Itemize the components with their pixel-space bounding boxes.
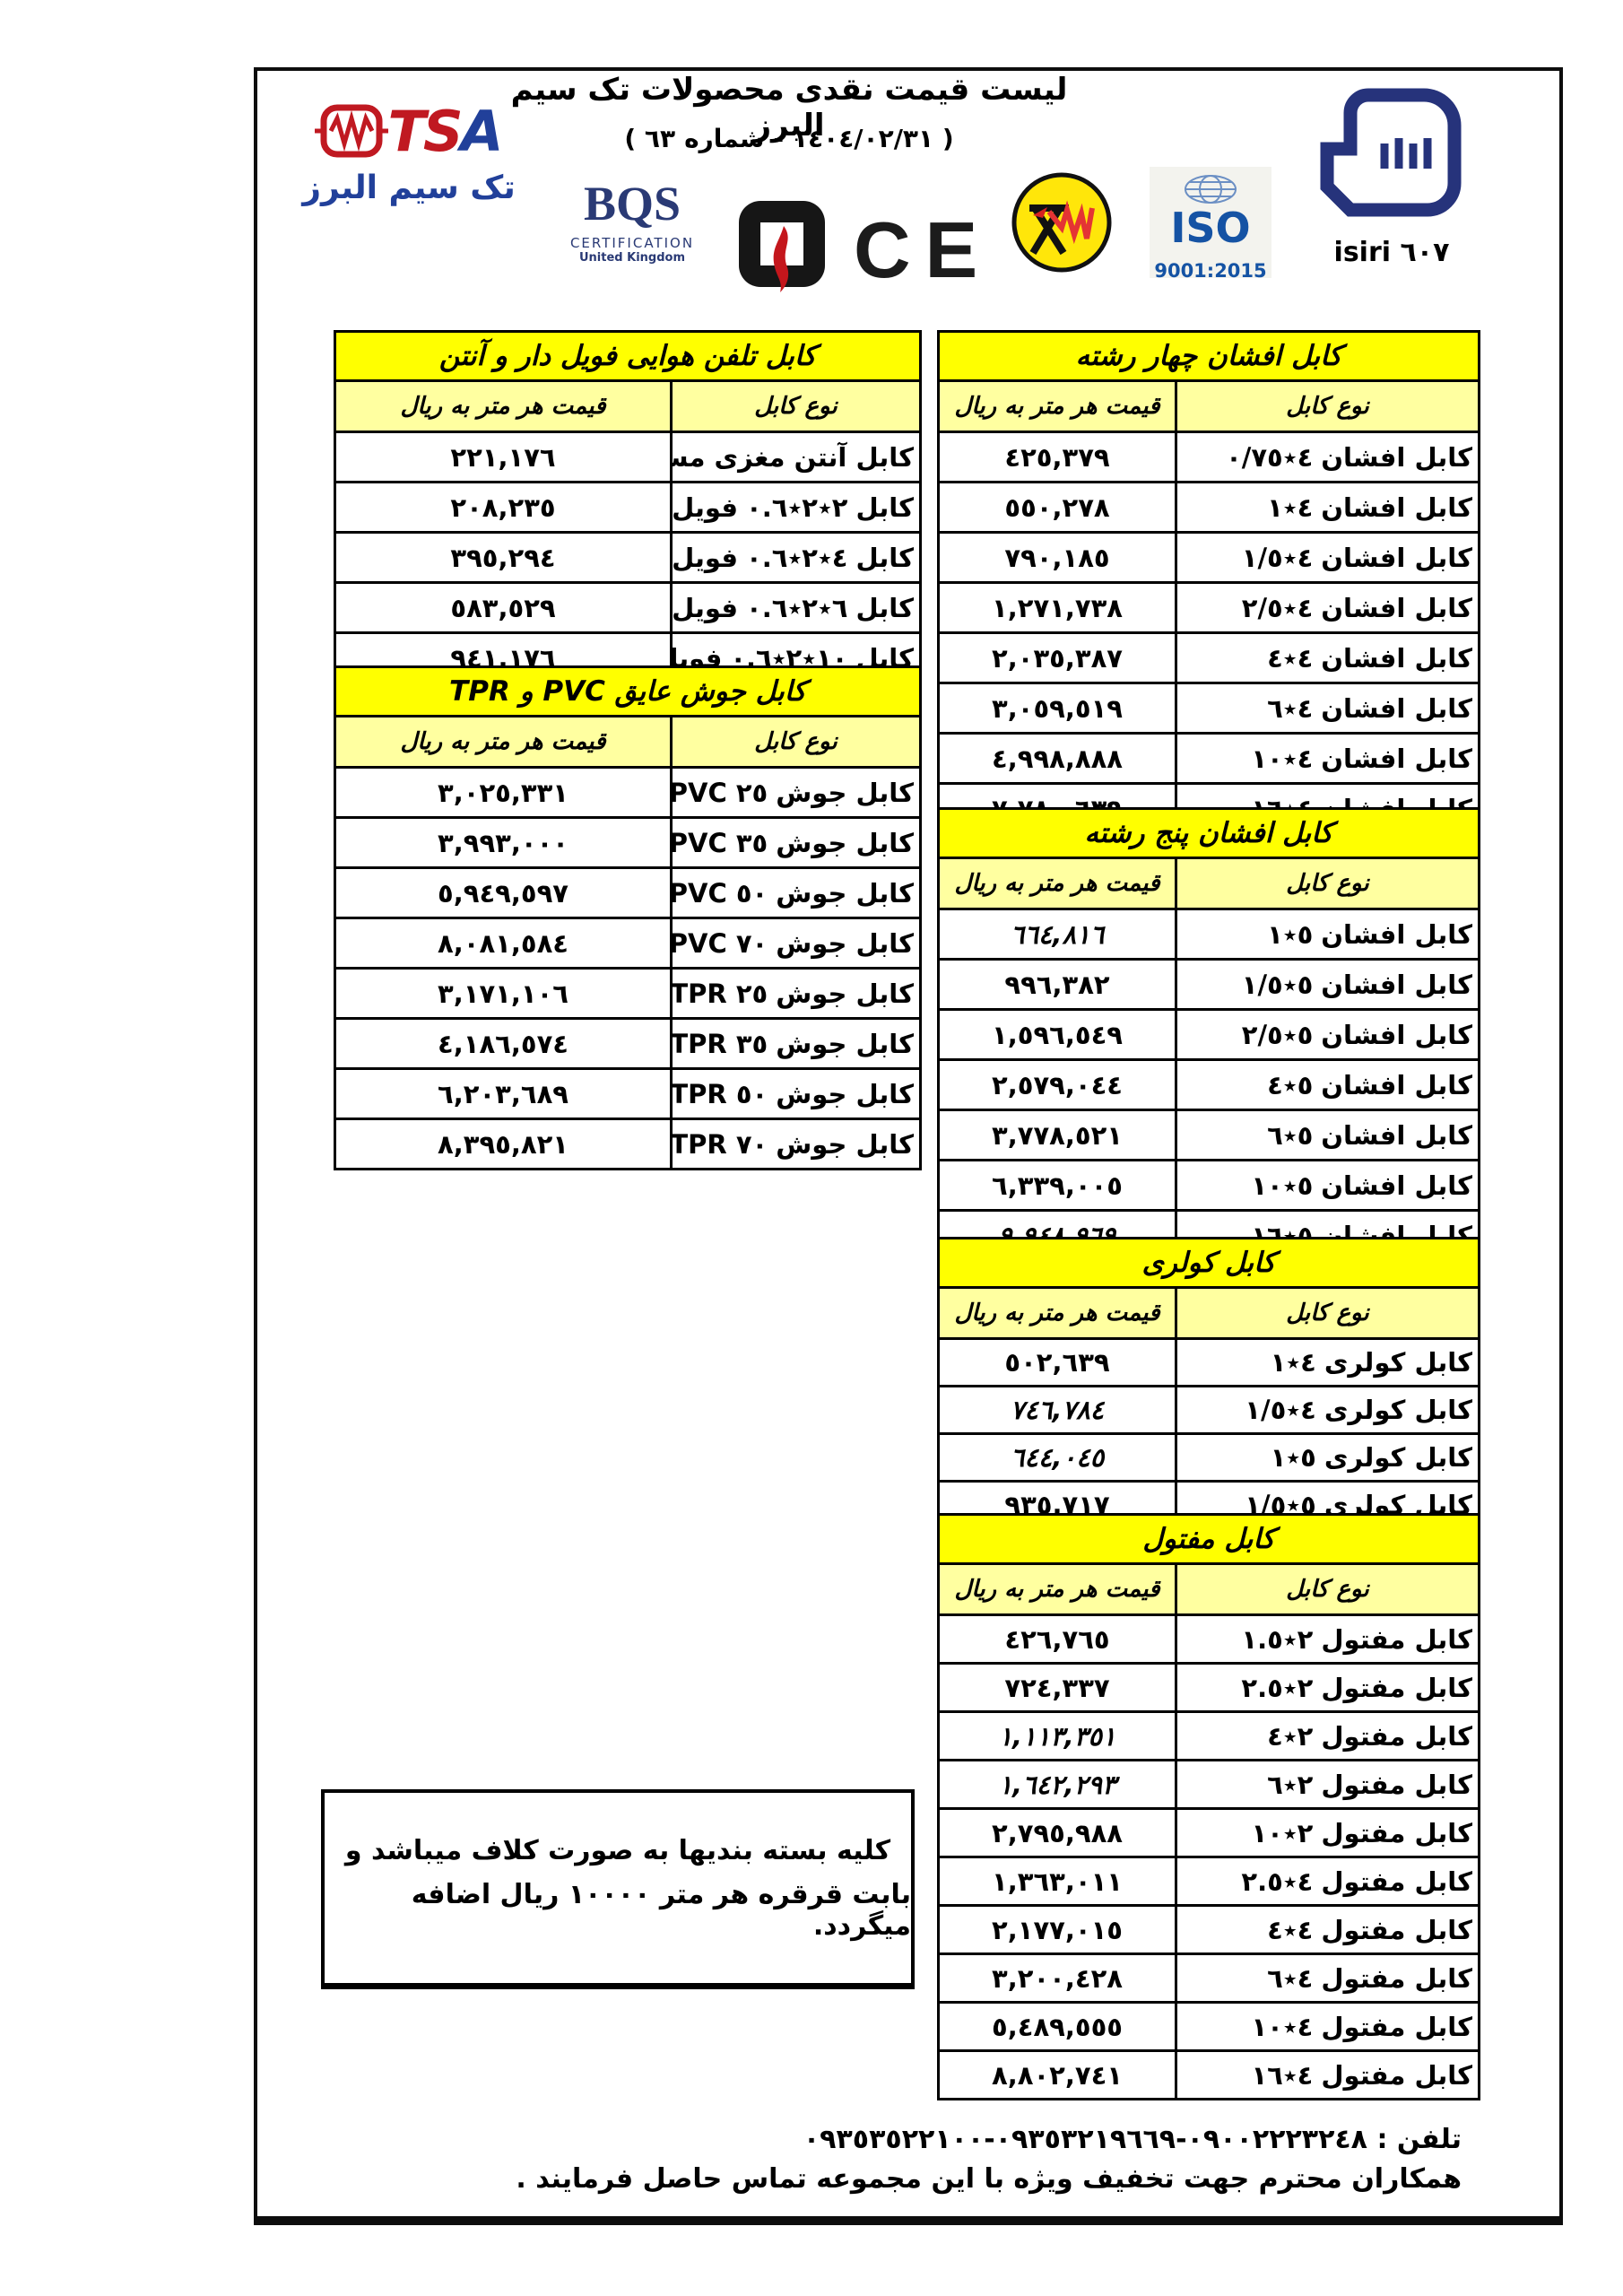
price-cell: ٦٤٤,٠٤٥	[940, 1435, 1175, 1480]
price-cell: ٣,١٧١,١٠٦	[336, 970, 670, 1017]
cable-name: کابل	[855, 593, 914, 623]
table-cooler-cable: کابل کولریقیمت هر متر به ریالنوع کابل٥٠٢…	[937, 1237, 1480, 1530]
cable-spec: ٤٭١	[1267, 492, 1313, 523]
cable-spec: (١٨)- TPR ٧٠	[670, 1129, 768, 1160]
price-cell: ٨,٠٨١,٥٨٤	[336, 919, 670, 967]
price-cell: ٥٨٣,٥٢٩	[336, 584, 670, 631]
price-cell: ١,٣٦٣,٠١١	[940, 1858, 1175, 1904]
type-cell: ٥٭١٠کابل افشان	[1175, 1161, 1478, 1209]
table-row: ٣,١٧١,١٠٦(١٢)- TPR ٢٥کابل جوش	[336, 967, 919, 1017]
table-header-row: قیمت هر متر به ریالنوع کابل	[336, 379, 919, 430]
cable-name: کابل	[855, 492, 914, 523]
cable-name: کابل مفتول	[1321, 1963, 1472, 1994]
price-cell: ٦٦٤,٨١٦	[940, 910, 1175, 958]
table-header-row: قیمت هر متر به ریالنوع کابل	[940, 379, 1478, 430]
type-cell: ٤٭١٠کابل مفتول	[1175, 2004, 1478, 2049]
table-row: ٥,٤٨٩,٥٥٥٤٭١٠کابل مفتول	[940, 2001, 1478, 2049]
cable-name: کابل مفتول	[1321, 1624, 1472, 1655]
table-row: ٣,٠٢٥,٣٣١(١٢)- PVC ٢٥کابل جوش	[336, 766, 919, 816]
column-header-price: قیمت هر متر به ریال	[940, 1289, 1175, 1337]
price-cell: ٥,٩٤٩,٥٩٧	[336, 869, 670, 917]
cable-spec: (١٦)- PVC ٥٠	[670, 878, 768, 909]
type-cell: ٤٭١٠کابل افشان	[1175, 735, 1478, 782]
type-cell: ٤٭٤کابل افشان	[1175, 634, 1478, 682]
column-header-type: نوع کابل	[1175, 382, 1478, 430]
price-cell: ٥٥٠,٢٧٨	[940, 483, 1175, 531]
cable-spec: ٥٭١	[1271, 1442, 1316, 1473]
column-header-price: قیمت هر متر به ریال	[940, 1565, 1175, 1613]
price-cell: ٤٢٦,٧٦٥	[940, 1616, 1175, 1662]
table-row: ٦,٢٠٣,٦٨٩(١٦)- TPR ٥٠کابل جوش	[336, 1067, 919, 1118]
price-cell: ٢٠٨,٢٣٥	[336, 483, 670, 531]
table-row: ٨,٨٠٢,٧٤١٤٭١٦کابل مفتول	[940, 2049, 1478, 2098]
cable-spec: (١٨)- PVC ٧٠	[670, 928, 768, 959]
cable-name: کابل جوش	[776, 1129, 914, 1160]
tsa-zigzag-icon	[315, 102, 388, 161]
cable-spec: ٤٭٤	[1267, 643, 1313, 674]
type-cell: (١٨)- PVC ٧٠کابل جوش	[670, 919, 919, 967]
type-cell: فویل دار٢٭٢٭٠.٦کابل	[670, 483, 919, 531]
black-square-logo	[737, 199, 827, 312]
table-row: ٥٠٢,٦٣٩٤٭١کابل کولری	[940, 1337, 1478, 1385]
iso-standard-number: 9001:2015	[1150, 260, 1271, 282]
table-row: ٣,٢٠٠,٤٢٨٤٭٦کابل مفتول	[940, 1952, 1478, 2001]
cable-name: کابل مفتول	[1321, 2060, 1472, 2091]
type-cell: ٥٭٢/٥کابل افشان	[1175, 1011, 1478, 1058]
bqs-letters: BQS	[556, 176, 708, 231]
type-cell: ٤٭١/٥کابل افشان	[1175, 534, 1478, 581]
isiri-mark-icon	[1315, 86, 1469, 228]
price-cell: ٤,٩٩٨,٨٨٨	[940, 735, 1175, 782]
type-cell: ٤٭٢/٥کابل افشان	[1175, 584, 1478, 631]
column-header-price: قیمت هر متر به ریال	[940, 382, 1175, 430]
cable-name: کابل جوش	[776, 828, 914, 858]
table-row: ١,٢٧١,٧٣٨٤٭٢/٥کابل افشان	[940, 581, 1478, 631]
table-row: ٤,١٨٦,٥٧٤(١٤)- TPR ٣٥کابل جوش	[336, 1017, 919, 1067]
price-cell: ١,٥٩٦,٥٤٩	[940, 1011, 1175, 1058]
price-cell: ٦,٢٠٣,٦٨٩	[336, 1070, 670, 1118]
cable-name: کابل افشان	[1321, 1070, 1472, 1100]
column-header-price: قیمت هر متر به ریال	[336, 717, 670, 766]
cable-name: کابل مفتول	[1321, 1673, 1472, 1703]
cable-spec: ٢٭١.٥	[1241, 1624, 1313, 1655]
table-header-row: قیمت هر متر به ریالنوع کابل	[336, 715, 919, 766]
cable-spec: ٤٭٢٭٠.٦	[746, 543, 847, 573]
cable-name: کابل مفتول	[1321, 1818, 1472, 1848]
table-title: کابل افشان چهار رشته	[940, 333, 1478, 379]
column-header-price: قیمت هر متر به ریال	[336, 382, 670, 430]
type-cell: ٤٭١/٥کابل کولری	[1175, 1387, 1478, 1432]
cable-name: کابل کولری	[1324, 1442, 1472, 1473]
table-row: ١,٥٩٦,٥٤٩٥٭٢/٥کابل افشان	[940, 1008, 1478, 1058]
cable-name: کابل آنتن مغزی مس	[670, 442, 914, 473]
cable-spec: ٤٭١٦	[1251, 2060, 1313, 2091]
type-cell: کابل آنتن مغزی مس	[670, 433, 919, 481]
table-row: ٧٢٤,٣٣٧٢٭٢.٥کابل مفتول	[940, 1662, 1478, 1710]
type-cell: ٤٭١کابل کولری	[1175, 1340, 1478, 1385]
phone-label: تلفن :	[1376, 2124, 1462, 2155]
price-cell: ٢,١٧٧,٠١٥	[940, 1907, 1175, 1952]
table-five-strand-flexible-cable: کابل افشان پنج رشتهقیمت هر متر به ریالنو…	[937, 807, 1480, 1262]
tsa-wordmark: تک سیم البرز	[301, 170, 516, 206]
table-solid-wire-cable: کابل مفتولقیمت هر متر به ریالنوع کابل٤٢٦…	[937, 1513, 1480, 2100]
cable-name: کابل مفتول	[1321, 1866, 1472, 1897]
cable-spec: ٤٭٦	[1267, 693, 1313, 724]
type-cell: ٥٭٤کابل افشان	[1175, 1061, 1478, 1109]
type-cell: (١٦)- TPR ٥٠کابل جوش	[670, 1070, 919, 1118]
cable-name: کابل افشان	[1321, 442, 1472, 473]
column-header-price: قیمت هر متر به ریال	[940, 859, 1175, 908]
column-header-type: نوع کابل	[1175, 1565, 1478, 1613]
phone-line: تلفن : ٠٩٠٠٢٢٢٣٢٤٨-٠٩٣٥٣٢١٩٦٦٩-٠٩٣٥٣٥٢٢١…	[803, 2124, 1462, 2155]
column-header-type: نوع کابل	[670, 717, 919, 766]
ce-mark: CE	[854, 204, 992, 296]
type-cell: ٢٭٢.٥کابل مفتول	[1175, 1665, 1478, 1710]
type-cell: ٤٭٦کابل مفتول	[1175, 1955, 1478, 2001]
cable-name: کابل جوش	[776, 1029, 914, 1059]
iso-letters: ISO	[1150, 208, 1271, 248]
table-header-row: قیمت هر متر به ریالنوع کابل	[940, 1562, 1478, 1613]
tsa-letters: TS	[388, 99, 461, 164]
price-cell: ٨,٣٩٥,٨٢١	[336, 1120, 670, 1168]
type-cell: ٤٭٢.٥کابل مفتول	[1175, 1858, 1478, 1904]
type-cell: ٤٭٤کابل مفتول	[1175, 1907, 1478, 1952]
price-cell: ٤٢٥,٣٧٩	[940, 433, 1175, 481]
cable-spec: ٤٭٦	[1267, 1963, 1313, 1994]
type-cell: ٤٭١کابل افشان	[1175, 483, 1478, 531]
table-row: ٨,٠٨١,٥٨٤(١٨)- PVC ٧٠کابل جوش	[336, 917, 919, 967]
cable-spec: ٦٭٢٭٠.٦	[746, 593, 847, 623]
cable-name: کابل افشان	[1321, 693, 1472, 724]
table-header-row: قیمت هر متر به ریالنوع کابل	[940, 1286, 1478, 1337]
table-row: ٣,٠٥٩,٥١٩٤٭٦کابل افشان	[940, 682, 1478, 732]
price-cell: ٥٠٢,٦٣٩	[940, 1340, 1175, 1385]
iso-logo: ISO 9001:2015	[1150, 167, 1271, 278]
cable-name: کابل افشان	[1321, 543, 1472, 573]
price-cell: ٣٩٥,٢٩٤	[336, 534, 670, 581]
cable-name: کابل افشان	[1321, 593, 1472, 623]
tavanir-logo	[1010, 170, 1114, 278]
type-cell: (١٢)- TPR ٢٥کابل جوش	[670, 970, 919, 1017]
price-cell: ٣,٠٥٩,٥١٩	[940, 684, 1175, 732]
table-row: ٨,٣٩٥,٨٢١(١٨)- TPR ٧٠کابل جوش	[336, 1118, 919, 1168]
cable-spec: ٢٭٦	[1267, 1770, 1313, 1800]
cable-spec: ٥٭١٠	[1251, 1170, 1313, 1201]
isiri-logo: isiri ٦٠٧	[1311, 86, 1472, 268]
price-cell: ٧٤٦,٧٨٤	[940, 1387, 1175, 1432]
flame-icon	[737, 199, 827, 309]
price-cell: ٦,٣٣٩,٠٠٥	[940, 1161, 1175, 1209]
type-cell: (١٤)- PVC ٣٥کابل جوش	[670, 819, 919, 866]
note-line-1: کلیه بسته بندیها به صورت کلاف میباشد و	[345, 1835, 890, 1866]
type-cell: ٢٭١٠کابل مفتول	[1175, 1810, 1478, 1856]
cable-spec: (١٦)- TPR ٥٠	[670, 1079, 768, 1109]
cable-suffix: فویل دار	[670, 593, 738, 623]
cable-name: کابل مفتول	[1321, 2012, 1472, 2042]
cable-spec: (١٢)- TPR ٢٥	[670, 978, 768, 1009]
cable-spec: ٤٭١/٥	[1242, 543, 1314, 573]
cable-spec: ٤٭٢/٥	[1242, 593, 1314, 623]
price-cell: ٢٢١,١٧٦	[336, 433, 670, 481]
table-row: ٦,٣٣٩,٠٠٥٥٭١٠کابل افشان	[940, 1159, 1478, 1209]
cable-spec: ٢٭٢٭٠.٦	[746, 492, 847, 523]
table-welding-cable: کابل جوش عایق PVC و TPRقیمت هر متر به ری…	[334, 665, 922, 1170]
cable-spec: (١٤)- TPR ٣٥	[670, 1029, 768, 1059]
cable-suffix: فویل دار	[670, 543, 738, 573]
type-cell: (١٤)- TPR ٣٥کابل جوش	[670, 1020, 919, 1067]
cable-spec: ٤٭٢.٥	[1241, 1866, 1313, 1897]
price-cell: ٣,٢٠٠,٤٢٨	[940, 1955, 1175, 2001]
table-header-row: قیمت هر متر به ریالنوع کابل	[940, 857, 1478, 908]
type-cell: ٤٭١٦کابل مفتول	[1175, 2052, 1478, 2098]
price-cell: ٣,٧٧٨,٥٢١	[940, 1111, 1175, 1159]
table-row: ٢٠٨,٢٣٥فویل دار٢٭٢٭٠.٦کابل	[336, 481, 919, 531]
cable-name: کابل افشان	[1321, 1120, 1472, 1151]
cable-spec: ٥٭٤	[1267, 1070, 1313, 1100]
cable-spec: ٥٭٢/٥	[1242, 1020, 1314, 1050]
price-cell: ١,٢٧١,٧٣٨	[940, 584, 1175, 631]
type-cell: ٥٭١کابل افشان	[1175, 910, 1478, 958]
table-title: کابل کولری	[940, 1239, 1478, 1286]
table-row: ٣٩٥,٢٩٤فویل دار٤٭٢٭٠.٦کابل	[336, 531, 919, 581]
table-row: ٥٨٣,٥٢٩فویل دار٦٭٢٭٠.٦کابل	[336, 581, 919, 631]
table-row: ٩٩٦,٣٨٢٥٭١/٥کابل افشان	[940, 958, 1478, 1008]
cable-spec: ٤٭١٠	[1251, 2012, 1313, 2042]
footer-note: همکاران محترم جهت تخفیف ویژه با این مجمو…	[516, 2163, 1462, 2195]
price-cell: ٧٢٤,٣٣٧	[940, 1665, 1175, 1710]
table-row: ٥,٩٤٩,٥٩٧(١٦)- PVC ٥٠کابل جوش	[336, 866, 919, 917]
issue-label: شماره	[684, 124, 764, 153]
cable-spec: ٤٭٤	[1267, 1915, 1313, 1945]
table-row: ٢,٠٣٥,٣٨٧٤٭٤کابل افشان	[940, 631, 1478, 682]
type-cell: (١٦)- PVC ٥٠کابل جوش	[670, 869, 919, 917]
price-cell: ٣,٩٩٣,٠٠٠	[336, 819, 670, 866]
table-row: ١,١١٣,٣٥١٢٭٤کابل مفتول	[940, 1710, 1478, 1759]
cable-name: کابل مفتول	[1321, 1915, 1472, 1945]
price-cell: ٥,٤٨٩,٥٥٥	[940, 2004, 1175, 2049]
tsa-logo: TSA تک سیم البرز	[301, 99, 516, 206]
table-row: ٧٤٦,٧٨٤٤٭١/٥کابل کولری	[940, 1385, 1478, 1432]
cable-name: کابل افشان	[1321, 744, 1472, 774]
electricity-icon	[1010, 170, 1114, 274]
cable-spec: ٤٭١/٥	[1245, 1395, 1316, 1425]
column-header-type: نوع کابل	[1175, 1289, 1478, 1337]
cable-name: کابل جوش	[776, 1079, 914, 1109]
cable-name: کابل کولری	[1324, 1347, 1472, 1378]
note-line-2: بابت قرقره هر متر ١٠٠٠٠ ریال اضافه میگرد…	[325, 1879, 911, 1942]
table-row: ٣,٩٩٣,٠٠٠(١٤)- PVC ٣٥کابل جوش	[336, 816, 919, 866]
price-cell: ٢,٠٣٥,٣٨٧	[940, 634, 1175, 682]
price-cell: ٤,١٨٦,٥٧٤	[336, 1020, 670, 1067]
table-row: ٦٤٤,٠٤٥٥٭١کابل کولری	[940, 1432, 1478, 1480]
price-cell: ٢,٧٩٥,٩٨٨	[940, 1810, 1175, 1856]
cable-spec: ٤٭١٠	[1251, 744, 1313, 774]
price-cell: ٣,٠٢٥,٣٣١	[336, 769, 670, 816]
cable-name: کابل کولری	[1324, 1395, 1472, 1425]
table-row: ٢٢١,١٧٦کابل آنتن مغزی مس	[336, 430, 919, 481]
type-cell: ٥٭٦کابل افشان	[1175, 1111, 1478, 1159]
table-row: ٢,٧٩٥,٩٨٨٢٭١٠کابل مفتول	[940, 1807, 1478, 1856]
cable-name: کابل افشان	[1321, 643, 1472, 674]
column-header-type: نوع کابل	[1175, 859, 1478, 908]
cable-name: کابل افشان	[1321, 919, 1472, 950]
cable-spec: ٥٭١	[1267, 919, 1313, 950]
table-title: کابل مفتول	[940, 1516, 1478, 1562]
cable-name: کابل جوش	[776, 978, 914, 1009]
table-antenna-telephone-cable: کابل تلفن هوایی فویل دار و آنتنقیمت هر م…	[334, 330, 922, 684]
table-four-strand-flexible-cable: کابل افشان چهار رشتهقیمت هر متر به ریالن…	[937, 330, 1480, 835]
cable-name: کابل افشان	[1321, 1020, 1472, 1050]
tsa-letter-a: A	[460, 99, 503, 164]
cable-name: کابل	[855, 543, 914, 573]
table-row: ٤٢٥,٣٧٩٤٭٠/٧٥کابل افشان	[940, 430, 1478, 481]
price-cell: ٨,٨٠٢,٧٤١	[940, 2052, 1175, 2098]
cable-spec: ٤٭١	[1271, 1347, 1316, 1378]
price-cell: ٢,٥٧٩,٠٤٤	[940, 1061, 1175, 1109]
type-cell: ٤٭٦کابل افشان	[1175, 684, 1478, 732]
table-row: ٤,٩٩٨,٨٨٨٤٭١٠کابل افشان	[940, 732, 1478, 782]
table-row: ١,٦٤٢,٢٩٣٢٭٦کابل مفتول	[940, 1759, 1478, 1807]
type-cell: ٥٭١/٥کابل افشان	[1175, 961, 1478, 1008]
type-cell: فویل دار٤٭٢٭٠.٦کابل	[670, 534, 919, 581]
type-cell: (١٢)- PVC ٢٥کابل جوش	[670, 769, 919, 816]
cable-spec: ٢٭٤	[1267, 1721, 1313, 1752]
table-row: ٧٩٠,١٨٥٤٭١/٥کابل افشان	[940, 531, 1478, 581]
cable-name: کابل افشان	[1321, 1170, 1472, 1201]
issue-number: ( ٦٣	[624, 124, 675, 153]
cable-spec: ٢٭٢.٥	[1241, 1673, 1313, 1703]
isiri-caption: isiri ٦٠٧	[1311, 237, 1472, 268]
column-header-type: نوع کابل	[670, 382, 919, 430]
issue-date-value: - ١٤٠٤/٠٢/٣١ )	[774, 124, 954, 153]
table-row: ٥٥٠,٢٧٨٤٭١کابل افشان	[940, 481, 1478, 531]
cable-name: کابل افشان	[1321, 970, 1472, 1000]
type-cell: ٥٭١کابل کولری	[1175, 1435, 1478, 1480]
cable-spec: ٥٭١/٥	[1242, 970, 1314, 1000]
table-row: ٤٢٦,٧٦٥٢٭١.٥کابل مفتول	[940, 1613, 1478, 1662]
bqs-certification-label: CERTIFICATION	[556, 235, 708, 251]
cable-spec: ٢٭١٠	[1251, 1818, 1313, 1848]
cable-spec: ٤٭٠/٧٥	[1226, 442, 1313, 473]
phone-numbers: ٠٩٠٠٢٢٢٣٢٤٨-٠٩٣٥٣٢١٩٦٦٩-٠٩٣٥٣٥٢٢١٠٠	[803, 2124, 1367, 2155]
table-row: ٢,٥٧٩,٠٤٤٥٭٤کابل افشان	[940, 1058, 1478, 1109]
cable-name: کابل جوش	[776, 928, 914, 959]
type-cell: ٢٭٤کابل مفتول	[1175, 1713, 1478, 1759]
price-cell: ٩٩٦,٣٨٢	[940, 961, 1175, 1008]
cable-name: کابل جوش	[776, 778, 914, 808]
type-cell: فویل دار٦٭٢٭٠.٦کابل	[670, 584, 919, 631]
table-title: کابل جوش عایق PVC و TPR	[336, 668, 919, 715]
issue-date: ( ٦٣ شماره - ١٤٠٤/٠٢/٣١ )	[574, 124, 1004, 153]
price-cell: ١,٦٤٢,٢٩٣	[940, 1761, 1175, 1807]
cable-spec: ٥٭٦	[1267, 1120, 1313, 1151]
bqs-logo: BQS CERTIFICATION United Kingdom	[556, 176, 708, 265]
table-title: کابل افشان پنج رشته	[940, 810, 1478, 857]
cable-name: کابل جوش	[776, 878, 914, 909]
type-cell: ٤٭٠/٧٥کابل افشان	[1175, 433, 1478, 481]
cable-name: کابل افشان	[1321, 492, 1472, 523]
cable-spec: (١٤)- PVC ٣٥	[670, 828, 768, 858]
globe-icon	[1184, 174, 1237, 204]
cable-name: کابل مفتول	[1321, 1721, 1472, 1752]
type-cell: ٢٭١.٥کابل مفتول	[1175, 1616, 1478, 1662]
price-cell: ١,١١٣,٣٥١	[940, 1713, 1175, 1759]
table-row: ٢,١٧٧,٠١٥٤٭٤کابل مفتول	[940, 1904, 1478, 1952]
price-cell: ٧٩٠,١٨٥	[940, 534, 1175, 581]
cable-spec: (١٢)- PVC ٢٥	[670, 778, 768, 808]
table-row: ٣,٧٧٨,٥٢١٥٭٦کابل افشان	[940, 1109, 1478, 1159]
table-row: ١,٣٦٣,٠١١٤٭٢.٥کابل مفتول	[940, 1856, 1478, 1904]
bqs-country-label: United Kingdom	[556, 251, 708, 265]
table-row: ٦٦٤,٨١٦٥٭١کابل افشان	[940, 908, 1478, 958]
cable-name: کابل مفتول	[1321, 1770, 1472, 1800]
cable-suffix: فویل دار	[670, 492, 738, 523]
type-cell: ٢٭٦کابل مفتول	[1175, 1761, 1478, 1807]
type-cell: (١٨)- TPR ٧٠کابل جوش	[670, 1120, 919, 1168]
table-title: کابل تلفن هوایی فویل دار و آنتن	[336, 333, 919, 379]
note-box: کلیه بسته بندیها به صورت کلاف میباشد و ب…	[321, 1789, 915, 1989]
